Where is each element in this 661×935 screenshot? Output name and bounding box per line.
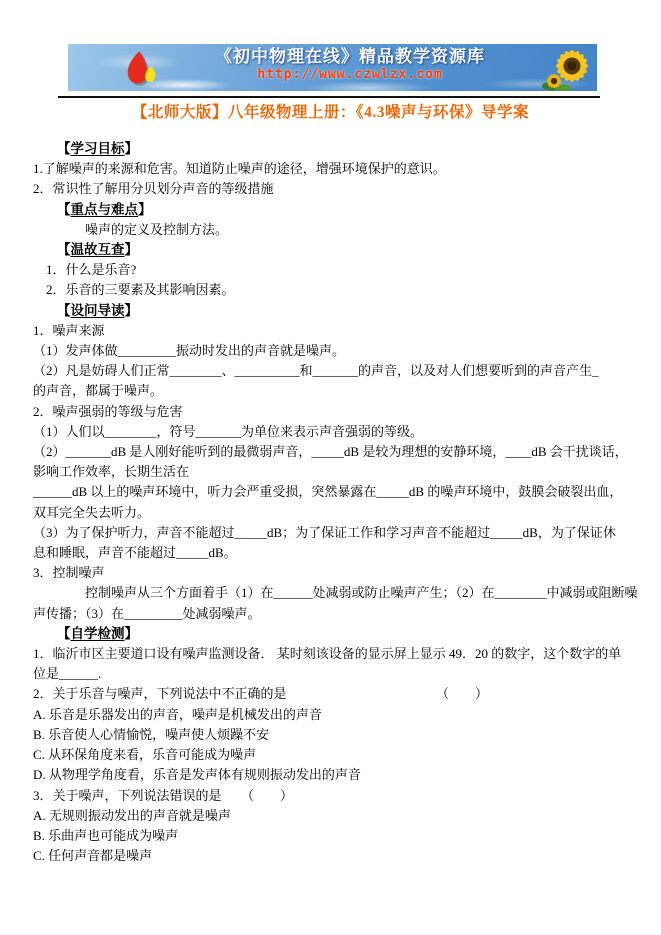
doc-line: 3．控制噪声	[33, 563, 647, 583]
banner-textbox: 《初中物理在线》精品教学资源库 http://www.czwlzx.com	[163, 47, 537, 83]
doc-line: ______dB 以上的噪声环境中，听力会严重受损，突然暴露在_____dB 的…	[33, 482, 647, 502]
doc-line: 控制噪声从三个方面着手（1）在______处减弱或防止噪声产生；（2）在____…	[33, 583, 647, 603]
doc-line: C. 任何声音都是噪声	[33, 846, 647, 866]
doc-line: （2）_______dB 是人刚好能听到的最微弱声音，_____dB 是较为理想…	[33, 442, 647, 462]
site-banner: 《初中物理在线》精品教学资源库 http://www.czwlzx.com	[68, 44, 597, 91]
doc-line: B. 乐曲声也可能成为噪声	[33, 826, 647, 846]
section-heading: 【自学检测】	[33, 624, 647, 644]
banner-title: 《初中物理在线》精品教学资源库	[163, 47, 537, 67]
doc-line: 2．乐音的三要素及其影响因素。	[33, 280, 647, 300]
doc-line: 的声音，都属于噪声。	[33, 381, 647, 401]
doc-line: 1．临沂市区主要道口设有噪声监测设备． 某时刻该设备的显示屏上显示 49．20 …	[33, 644, 647, 664]
doc-line: （1）发声体做_________振动时发出的声音就是噪声。	[33, 341, 647, 361]
doc-line: 双耳完全失去听力。	[33, 503, 647, 523]
doc-line: 声传播；（3）在_________处减弱噪声。	[33, 604, 647, 624]
doc-line: A. 乐音是乐器发出的声音，噪声是机械发出的声音	[33, 705, 647, 725]
doc-line: 1．噪声来源	[33, 321, 647, 341]
doc-line: A. 无规则振动发出的声音就是噪声	[33, 806, 647, 826]
document-page: 《初中物理在线》精品教学资源库 http://www.czwlzx.com	[0, 0, 661, 935]
doc-line: 2．噪声强弱的等级与危害	[33, 402, 647, 422]
sunflower-icon	[541, 46, 593, 91]
doc-line: 3．关于噪声，下列说法错误的是 （ ）	[33, 786, 647, 806]
divider-line	[58, 96, 600, 98]
doc-line: C. 从环保角度来看，乐音可能成为噪声	[33, 745, 647, 765]
doc-line: 1．什么是乐音?	[33, 260, 647, 280]
doc-line: 噪声的定义及控制方法。	[33, 220, 647, 240]
doc-line: （1）人们以________，符号_______为单位来表示声音强弱的等级。	[33, 422, 647, 442]
doc-line: （2）凡是妨碍人们正常________、__________和_______的声…	[33, 361, 647, 381]
section-heading: 【学习目标】	[33, 139, 647, 159]
doc-line: D. 从物理学角度看，乐音是发声体有规则振动发出的声音	[33, 765, 647, 785]
document-body: 【学习目标】1.了解噪声的来源和危害。知道防止噪声的途径，增强环境保护的意识。2…	[33, 139, 647, 866]
doc-line: 2．常识性了解用分贝划分声音的等级措施	[33, 179, 647, 199]
doc-line: 息和睡眠，声音不能超过_____dB。	[33, 543, 647, 563]
doc-line: 2．关于乐音与噪声，下列说法中不正确的是 （ ）	[33, 684, 647, 704]
section-heading: 【重点与难点】	[33, 200, 647, 220]
section-heading: 【设问导读】	[33, 301, 647, 321]
banner-url-link: http://www.czwlzx.com	[163, 67, 537, 83]
page-title: 【北师大版】八年级物理上册：《4.3噪声与环保》导学案	[0, 100, 661, 122]
doc-line: （3）为了保护听力，声音不能超过_____dB；为了保证工作和学习声音不能超过_…	[33, 523, 647, 543]
section-heading: 【温故互查】	[33, 240, 647, 260]
doc-line: 1.了解噪声的来源和危害。知道防止噪声的途径，增强环境保护的意识。	[33, 159, 647, 179]
doc-line: B. 乐音使人心情愉悦，噪声使人烦躁不安	[33, 725, 647, 745]
doc-line: 影响工作效率，长期生活在	[33, 462, 647, 482]
flame-logo-icon	[118, 47, 166, 91]
doc-line: 位是______.	[33, 664, 647, 684]
